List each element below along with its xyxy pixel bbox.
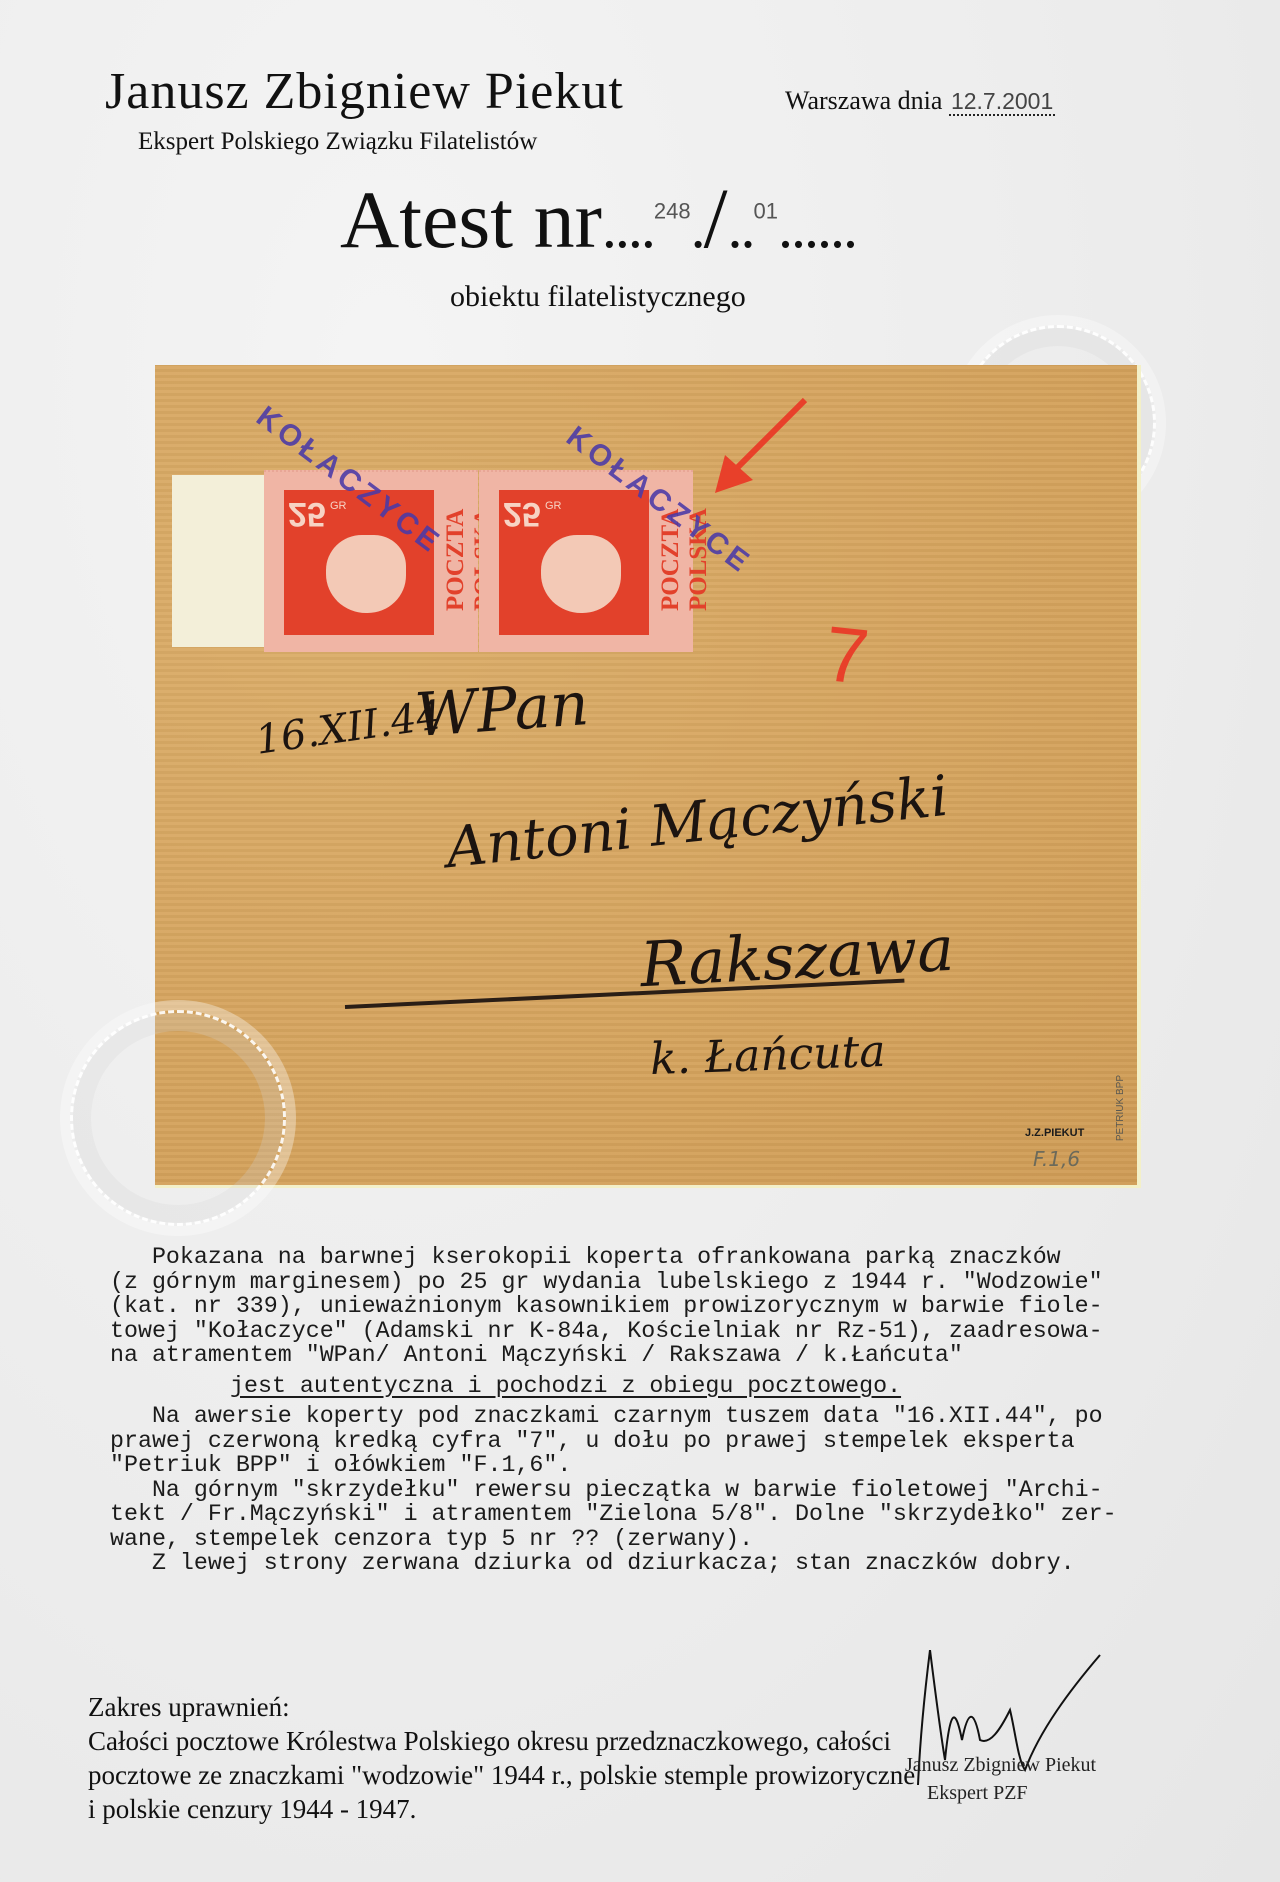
stamp-value: 25 xyxy=(503,494,541,533)
envelope-image: 25 GR POCZTA POLSKA 25 GR POCZTA POLSKA … xyxy=(155,365,1141,1188)
signature-block: Janusz Zbigniew Piekut Ekspert PZF xyxy=(905,1720,1135,1820)
city-date: Warszawa dnia 12.7.2001 xyxy=(785,86,1055,116)
embossed-seal-icon xyxy=(70,1010,286,1226)
ink-underline xyxy=(345,979,905,1009)
detail-line: wane, stempelek cenzora typ 5 nr ?? (zer… xyxy=(110,1527,1220,1552)
description-line: towej "Kołaczyce" (Adamski nr K-84a, Koś… xyxy=(110,1319,1220,1344)
issuer-name: Janusz Zbigniew Piekut xyxy=(105,62,624,121)
description-line: (kat. nr 339), unieważnionym kasownikiem… xyxy=(110,1294,1220,1319)
detail-line: Z lewej strony zerwana dziurka od dziurk… xyxy=(110,1551,1220,1576)
handwritten-town: Rakszawa xyxy=(638,912,956,1001)
certificate-subtitle: obiektu filatelistycznego xyxy=(450,280,746,314)
certificate-number: 248 xyxy=(654,199,691,224)
issuer-subtitle: Ekspert Polskiego Związku Filatelistów xyxy=(138,128,537,156)
detail-line: prawej czerwoną kredką cyfra "7", u dołu… xyxy=(110,1429,1220,1454)
side-handstamp: PETRIUK BPP xyxy=(1115,1075,1126,1141)
detail-line: Na górnym "skrzydełku" rewersu pieczątka… xyxy=(110,1478,1220,1503)
description-text: Pokazana na barwnej kserokopii koperta o… xyxy=(110,1245,1220,1576)
portrait-icon xyxy=(541,535,621,613)
description-line: (z górnym marginesem) po 25 gr wydania l… xyxy=(110,1270,1220,1295)
detail-line: Na awersie koperty pod znaczkami czarnym… xyxy=(110,1404,1220,1429)
signature-name: Janusz Zbigniew Piekut xyxy=(905,1754,1096,1777)
title-label: Atest nr xyxy=(340,174,602,265)
certificate-date: 12.7.2001 xyxy=(949,88,1055,116)
stamp-legend: POCZTA POLSKA xyxy=(442,480,472,640)
handwritten-salutation: WPan xyxy=(413,669,591,751)
sheet-margin xyxy=(172,475,264,647)
handwritten-district: k. Łańcuta xyxy=(649,1026,886,1085)
description-line: Pokazana na barwnej kserokopii koperta o… xyxy=(110,1245,1220,1270)
signature-title: Ekspert PZF xyxy=(927,1782,1028,1805)
certificate-title: Atest nr....248./..01...... xyxy=(340,175,856,261)
red-crayon-mark: 7 xyxy=(820,608,873,703)
stamp-value: 25 xyxy=(288,494,326,533)
expert-handstamp: J.Z.PIEKUT xyxy=(1025,1127,1084,1139)
verdict-statement: jest autentyczna i pochodzi z obiegu poc… xyxy=(230,1373,901,1399)
detail-line: tekt / Fr.Mączyński" i atramentem "Zielo… xyxy=(110,1502,1220,1527)
stamp-pair: 25 GR POCZTA POLSKA 25 GR POCZTA POLSKA xyxy=(172,470,693,650)
portrait-icon xyxy=(326,535,406,613)
description-line: na atramentem "WPan/ Antoni Mączyński / … xyxy=(110,1343,1220,1368)
handwritten-addressee: Antoni Mączyński xyxy=(443,764,951,881)
city-label: Warszawa dnia xyxy=(785,86,942,115)
stamp-unit: GR xyxy=(545,500,562,512)
certificate-year: 01 xyxy=(754,199,778,224)
red-arrow-icon xyxy=(705,395,815,505)
stamp-unit: GR xyxy=(330,500,347,512)
pencil-note: F.1,6 xyxy=(1033,1147,1080,1171)
detail-line: "Petriuk BPP" i ołówkiem "F.1,6". xyxy=(110,1453,1220,1478)
